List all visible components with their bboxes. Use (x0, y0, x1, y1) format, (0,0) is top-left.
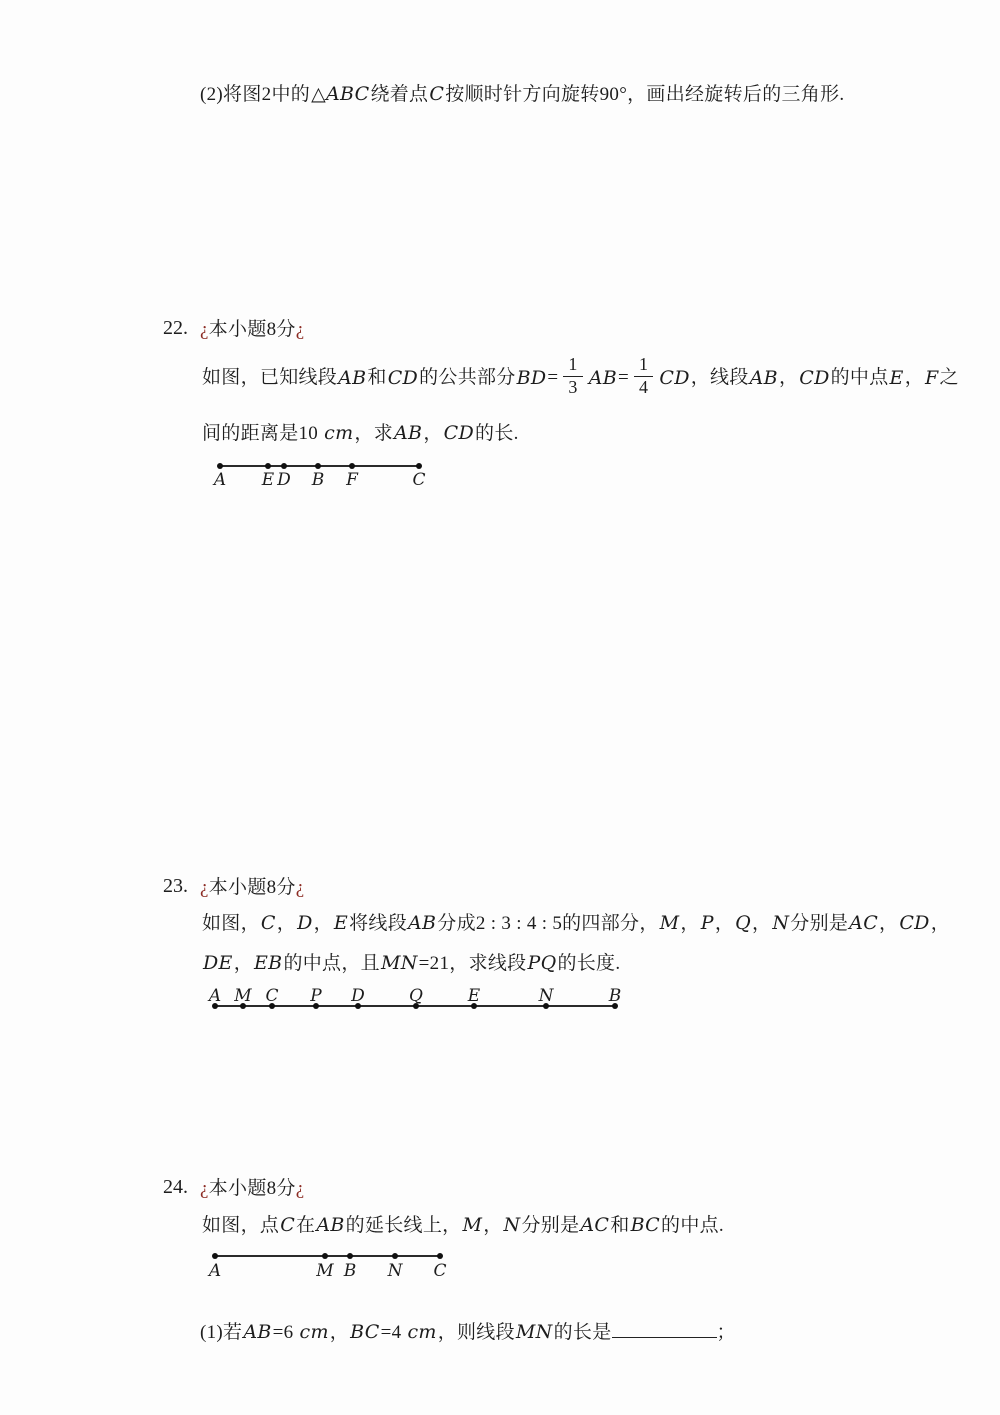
red-mark: ¿ (200, 1178, 209, 1199)
exam-paper-page: (2)将图2中的△ABC绕着点C按顺时针方向旋转90°，画出经旋转后的三角形. … (0, 0, 1000, 1415)
text-segment: 如图， (202, 913, 260, 934)
math-text: Q (734, 912, 752, 934)
text-segment: ， (715, 913, 734, 934)
point-dot-M (322, 1253, 328, 1259)
text-segment: 分别是 (521, 1215, 579, 1236)
point-dot-C (416, 463, 422, 469)
point-label-F: F (341, 470, 363, 490)
point-label-N: N (384, 1261, 406, 1281)
question-23-text-line1: 如图，C，D，E将线段AB分成2 : 3 : 4 : 5的四部分，M，P，Q，N… (202, 907, 950, 940)
math-text: AB (242, 1321, 272, 1343)
question-23-segment-diagram: AMCPDQENB (0, 985, 1000, 1035)
text-segment: 间的距离是10 (202, 423, 323, 444)
point-label-N: N (535, 986, 557, 1006)
question-22-number: 22. (163, 313, 188, 343)
question-22-text-line2: 间的距离是10 cm，求AB，CD的长. (202, 417, 519, 450)
math-text: C (260, 912, 277, 934)
math-text: AB (749, 362, 779, 394)
point-label-M: M (232, 986, 254, 1006)
math-text: M (461, 1214, 483, 1236)
point-dot-D (281, 463, 287, 469)
math-text: BC (349, 1321, 380, 1343)
point-label-C: C (408, 470, 430, 490)
text-segment: ； (717, 1322, 736, 1343)
fraction-numerator: 1 (563, 355, 582, 377)
math-text: MN (515, 1321, 554, 1343)
point-label-C: C (261, 986, 283, 1006)
point-label-A: A (209, 470, 231, 490)
point-label-P: P (305, 986, 327, 1006)
text-segment: 的长. (475, 423, 519, 444)
math-text: CD (387, 362, 419, 394)
point-label-A: A (204, 1261, 226, 1281)
math-text: AB (407, 912, 437, 934)
fraction: 14 (634, 355, 653, 398)
red-mark: ¿ (200, 319, 209, 340)
question-22-segment-diagram: AEDBFC (0, 455, 1000, 505)
text-segment: 的中点 (831, 362, 889, 394)
text-segment: ， (330, 1322, 349, 1343)
red-mark: ¿ (296, 877, 305, 898)
text-segment: 之 (940, 362, 959, 394)
text-segment: (1)若 (200, 1322, 242, 1343)
text-segment: ， (277, 913, 296, 934)
math-text: AB (337, 362, 367, 394)
text-segment: =6 (273, 1322, 299, 1343)
math-text: AB (588, 362, 618, 394)
question-24-points-header: ¿本小题8分¿ (200, 1173, 304, 1205)
text-segment: 的中点，且 (283, 953, 380, 974)
math-text: CD (443, 422, 475, 444)
text-segment: 本小题8分 (209, 319, 296, 340)
point-label-E: E (463, 986, 485, 1006)
text-segment: 和 (367, 362, 386, 394)
text-segment: 如图，已知线段 (202, 362, 337, 394)
point-dot-N (392, 1253, 398, 1259)
point-dot-F (349, 463, 355, 469)
math-text: DE (202, 952, 234, 974)
text-segment: ， (680, 913, 699, 934)
point-label-B: B (307, 470, 329, 490)
math-text: CD (898, 912, 930, 934)
red-mark: ¿ (296, 319, 305, 340)
red-mark: ¿ (200, 877, 209, 898)
math-text: MN (380, 952, 419, 974)
math-text: BC (630, 1214, 661, 1236)
text-segment: 本小题8分 (209, 877, 296, 898)
math-text: PQ (526, 952, 557, 974)
text-segment: ，线段 (691, 362, 749, 394)
fraction-numerator: 1 (634, 355, 653, 377)
text-segment: 绕着点 (370, 84, 428, 105)
question-22-points-header: ¿本小题8分¿ (200, 314, 304, 346)
text-segment: 分别是 (790, 913, 848, 934)
math-text: E (889, 362, 905, 394)
fraction-denominator: 3 (563, 377, 582, 398)
text-segment: 的公共部分 (419, 362, 516, 394)
math-text: AC (848, 912, 879, 934)
text-segment: ， (234, 953, 253, 974)
math-text: △ABC (310, 83, 370, 105)
text-segment: =21，求线段 (419, 953, 527, 974)
text-segment: ， (931, 913, 950, 934)
question-24-segment-diagram: AMBNC (0, 1245, 1000, 1295)
text-segment: (2)将图2中的 (200, 84, 310, 105)
text-segment: 的延长线上， (346, 1215, 462, 1236)
point-dot-C (437, 1253, 443, 1259)
point-label-D: D (347, 986, 369, 1006)
question-23-text-line2: DE，EB的中点，且MN=21，求线段PQ的长度. (202, 947, 620, 980)
point-label-D: D (273, 470, 295, 490)
math-text: cm (299, 1321, 330, 1343)
red-mark: ¿ (296, 1178, 305, 1199)
text-segment: ， (879, 913, 898, 934)
math-text: AC (579, 1214, 610, 1236)
math-text: F (924, 362, 939, 394)
math-text: E (333, 912, 349, 934)
text-segment: 按顺时针方向旋转90°，画出经旋转后的三角形. (445, 84, 844, 105)
text-segment: 的长是 (554, 1322, 612, 1343)
text-segment: = (547, 362, 558, 394)
question-22-text-line1: 如图，已知线段AB和CD的公共部分BD=13AB=14CD，线段AB，CD的中点… (202, 352, 959, 404)
text-segment: 和 (610, 1215, 629, 1236)
text-segment: ，则线段 (438, 1322, 515, 1343)
point-dot-B (315, 463, 321, 469)
text-segment: 如图，点 (202, 1215, 279, 1236)
text-segment: =4 (381, 1322, 407, 1343)
text-segment: 在 (296, 1215, 315, 1236)
point-dot-A (212, 1253, 218, 1259)
point-dot-E (265, 463, 271, 469)
text-segment: ， (423, 423, 442, 444)
point-label-Q: Q (405, 986, 427, 1006)
math-text: AB (393, 422, 423, 444)
point-label-B: B (339, 1261, 361, 1281)
text-segment: 分成2 : 3 : 4 : 5的四部分， (437, 913, 658, 934)
text-segment: ， (314, 913, 333, 934)
question-24-number: 24. (163, 1172, 188, 1202)
text-segment: ，求 (354, 423, 393, 444)
math-text: N (503, 1214, 522, 1236)
math-text: C (279, 1214, 296, 1236)
question-24-subitem-1: (1)若AB=6 cm，BC=4 cm，则线段MN的长是； (200, 1316, 736, 1349)
text-segment: 的长度. (557, 953, 620, 974)
question-23-number: 23. (163, 871, 188, 901)
math-text: BD (516, 362, 548, 394)
text-segment: 的中点. (661, 1215, 724, 1236)
math-text: C (428, 83, 445, 105)
math-text: EB (253, 952, 283, 974)
text-segment: ， (752, 913, 771, 934)
math-text: AB (315, 1214, 345, 1236)
point-label-B: B (604, 986, 626, 1006)
text-segment: ， (905, 362, 924, 394)
text-segment: ， (483, 1215, 502, 1236)
question-24-text-line1: 如图，点C在AB的延长线上，M，N分别是AC和BC的中点. (202, 1209, 724, 1242)
math-text: P (700, 912, 715, 934)
question-part2-text: (2)将图2中的△ABC绕着点C按顺时针方向旋转90°，画出经旋转后的三角形. (200, 78, 844, 111)
math-text: CD (798, 362, 830, 394)
text-segment: ， (779, 362, 798, 394)
math-text: cm (406, 1321, 437, 1343)
point-label-C: C (429, 1261, 451, 1281)
fraction: 13 (563, 355, 582, 398)
math-text: cm (323, 422, 354, 444)
text-segment: 将线段 (349, 913, 407, 934)
question-23-points-header: ¿本小题8分¿ (200, 872, 304, 904)
text-segment: 本小题8分 (209, 1178, 296, 1199)
fraction-denominator: 4 (634, 377, 653, 398)
text-segment: = (618, 362, 629, 394)
math-text: CD (658, 362, 690, 394)
math-text: M (659, 912, 681, 934)
math-text: N (771, 912, 790, 934)
point-label-A: A (204, 986, 226, 1006)
math-text: D (296, 912, 314, 934)
point-dot-A (217, 463, 223, 469)
answer-blank (612, 1317, 717, 1338)
point-dot-B (347, 1253, 353, 1259)
point-label-M: M (314, 1261, 336, 1281)
